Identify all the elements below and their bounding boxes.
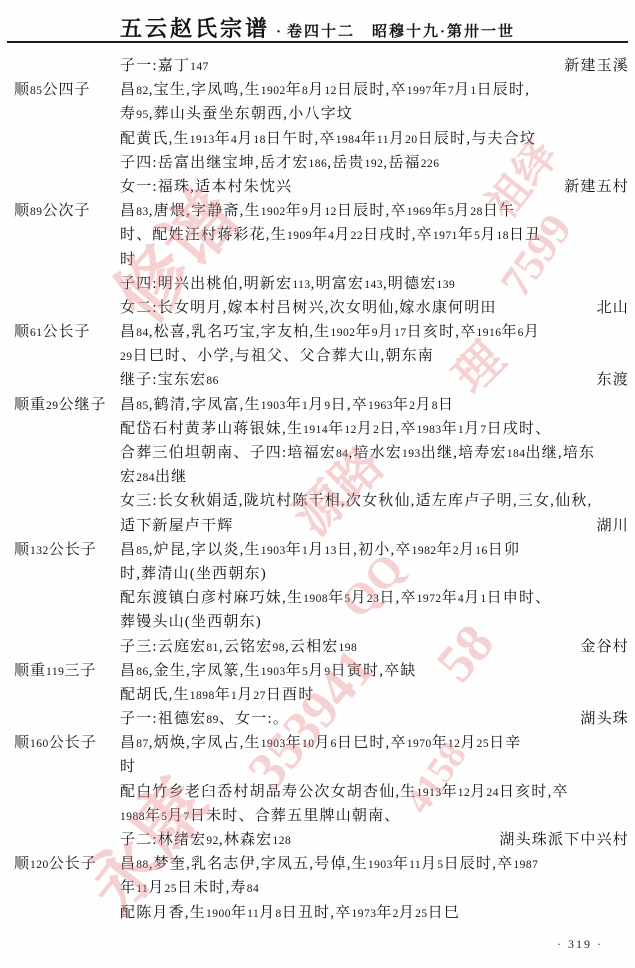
line-text: 适下新屋卢干辉 <box>120 514 233 538</box>
entry-lines: 昌84,松喜,乳名巧宝,字友柏,生1902年9月17日亥时,卒1916年6月29… <box>120 320 629 393</box>
reference-number: 1913 <box>190 134 215 146</box>
entry-line: 昌82,宝生,字凤鸣,生1902年8月12日辰时,卒1997年7月1日辰时, <box>120 78 629 102</box>
reference-number: 29 <box>46 400 59 412</box>
line-text: 合葬三伯坦朝南、子四:培福宏84,培水宏193出继,培寿宏184出继,培东 <box>120 441 595 465</box>
entry-label: 顺61公长子 <box>14 320 91 344</box>
reference-number: 1903 <box>261 666 286 678</box>
entry-line: 昌85,炉昆,字以炎,生1903年1月13日,初小,卒1982年2月16日卯 <box>120 538 629 562</box>
entry-line: 昌86,金生,字凤篆,生1903年5月9日寅时,卒缺 <box>120 659 629 683</box>
reference-number: 28 <box>470 206 483 218</box>
reference-number: 5 <box>437 859 443 871</box>
line-text: 昌85,鹤清,字凤富,生1903年1月9日,卒1963年2月8日 <box>120 393 454 417</box>
reference-number: 85 <box>30 85 43 97</box>
reference-number: 89 <box>206 714 219 726</box>
entry-line: 女三:长女秋娟适,陇坑村陈干相,次女秋仙,适左库卢子明,三女,仙秋, <box>120 489 629 513</box>
line-text: 配岱石村黄茅山蒋银妹,生1914年12月2日,卒1983年1月7日戌时、 <box>120 417 551 441</box>
line-text: 子一:祖德宏89、女一:。 <box>120 707 289 731</box>
reference-number: 5 <box>302 666 308 678</box>
entry-line: 葬镘头山(坐西朝东) <box>120 610 629 634</box>
line-text: 子四:明兴出桃伯,明新宏113,明富宏143,明德宏139 <box>120 272 455 296</box>
reference-number: 1 <box>231 690 237 702</box>
reference-number: 29 <box>120 351 133 363</box>
reference-number: 85 <box>136 400 149 412</box>
entry-line: 1988年5月7日未时、合葬五里牌山朝南、 <box>120 804 629 828</box>
entry-line: 昌87,炳焕,字凤占,生1903年10月6日巳时,卒1970年12月25日辛 <box>120 731 629 755</box>
line-text: 女二:长女明月,嫁本村吕树兴,次女明仙,嫁水康何明田 <box>120 296 497 320</box>
genealogy-entry: 顺160公长子昌87,炳焕,字凤占,生1903年10月6日巳时,卒1970年12… <box>0 731 629 852</box>
reference-number: 1900 <box>206 908 231 920</box>
reference-number: 1916 <box>476 327 501 339</box>
page-number: · 319 · <box>557 937 603 952</box>
line-text: 时 <box>120 755 136 779</box>
reference-number: 1902 <box>331 327 356 339</box>
reference-number: 61 <box>30 327 43 339</box>
line-text: 子四:岳富出继宝坤,岳才宏186,岳贵192,岳福226 <box>120 151 440 175</box>
reference-number: 12 <box>324 85 337 97</box>
reference-number: 11 <box>377 134 389 146</box>
entry-line: 时,葬清山(坐西朝东) <box>120 562 629 586</box>
reference-number: 1 <box>470 85 476 97</box>
place-name: 新建五村 <box>564 175 629 199</box>
reference-number: 23 <box>367 593 380 605</box>
reference-number: 1909 <box>287 230 312 242</box>
reference-number: 1971 <box>433 230 458 242</box>
reference-number: 13 <box>324 545 337 557</box>
line-text: 寿95,葬山头蚕坐东朝西,小八字坟 <box>120 102 353 126</box>
reference-number: 7 <box>184 811 190 823</box>
reference-number: 1973 <box>351 908 376 920</box>
entry-line: 29日巳时、小学,与祖父、父合葬大山,朝东南 <box>120 344 629 368</box>
reference-number: 12 <box>448 738 461 750</box>
reference-number: 12 <box>458 787 471 799</box>
line-text: 配胡氏,生1898年1月27日酉时 <box>120 683 315 707</box>
line-text: 子一:嘉丁147 <box>120 54 209 78</box>
entry-lines: 昌83,唐煨,字静斋,生1902年9月12日辰时,卒1969年5月28日午时、配… <box>120 199 629 320</box>
reference-number: 119 <box>46 666 64 678</box>
line-text: 昌83,唐煨,字静斋,生1902年9月12日辰时,卒1969年5月28日午 <box>120 199 515 223</box>
volume-subtitle: 卷四十二 昭穆十九·第卅一世 <box>287 20 515 41</box>
line-text: 昌88,梦奎,乳名志伊,字凤五,号倬,生1903年11月5日辰时,卒1987 <box>120 852 538 876</box>
reference-number: 18 <box>497 230 510 242</box>
entry-line: 昌85,鹤清,字凤富,生1903年1月9日,卒1963年2月8日 <box>120 393 629 417</box>
reference-number: 1997 <box>407 85 432 97</box>
reference-number: 1969 <box>407 206 432 218</box>
line-text: 配陈月香,生1900年11月8日丑时,卒1973年2月25日巳 <box>120 901 460 925</box>
entry-line: 时、配姓汪村蒋彩花,生1909年4月22日戌时,卒1971年5月18日丑 <box>120 223 629 247</box>
reference-number: 25 <box>477 738 490 750</box>
entry-label: 顺重119三子 <box>14 659 96 683</box>
reference-number: 1 <box>480 593 486 605</box>
reference-number: 1903 <box>261 400 286 412</box>
reference-number: 120 <box>30 859 49 871</box>
line-text: 子三:云庭宏81,云铭宏98,云相宏198 <box>120 635 357 659</box>
reference-number: 4 <box>328 230 334 242</box>
reference-number: 4 <box>231 134 237 146</box>
entry-line: 子四:岳富出继宝坤,岳才宏186,岳贵192,岳福226 <box>120 151 629 175</box>
line-text: 昌86,金生,字凤篆,生1903年5月9日寅时,卒缺 <box>120 659 417 683</box>
line-text: 年11月25日未时,寿84 <box>120 876 259 900</box>
reference-number: 2 <box>453 545 459 557</box>
line-text: 昌82,宝生,字凤鸣,生1902年8月12日辰时,卒1997年7月1日辰时, <box>120 78 530 102</box>
reference-number: 84 <box>136 327 149 339</box>
genealogy-entry: 顺132公长子昌85,炉昆,字以炎,生1903年1月13日,初小,卒1982年2… <box>0 538 629 659</box>
reference-number: 1903 <box>261 545 286 557</box>
reference-number: 1972 <box>417 593 442 605</box>
reference-number: 226 <box>421 158 440 170</box>
reference-number: 1 <box>302 545 308 557</box>
entry-label: 顺132公长子 <box>14 538 97 562</box>
reference-number: 1988 <box>120 811 145 823</box>
reference-number: 8 <box>432 400 438 412</box>
entry-line: 子三:云庭宏81,云铭宏98,云相宏198金谷村 <box>120 635 629 659</box>
entry-line: 配岱石村黄茅山蒋银妹,生1914年12月2日,卒1983年1月7日戌时、 <box>120 417 629 441</box>
entry-line: 子二:林绪宏92,林森宏128湖头珠派下中兴村 <box>120 828 629 852</box>
reference-number: 83 <box>136 206 149 218</box>
line-text: 子二:林绪宏92,林森宏128 <box>120 828 291 852</box>
entry-line: 配胡氏,生1898年1月27日酉时 <box>120 683 629 707</box>
reference-number: 186 <box>309 158 328 170</box>
reference-number: 139 <box>437 279 456 291</box>
line-text: 继子:宝东宏86 <box>120 368 219 392</box>
reference-number: 1 <box>302 400 308 412</box>
reference-number: 11 <box>136 883 148 895</box>
line-text: 时,葬清山(坐西朝东) <box>120 562 267 586</box>
entry-lines: 昌82,宝生,字凤鸣,生1902年8月12日辰时,卒1997年7月1日辰时,寿9… <box>120 78 629 199</box>
line-text: 昌85,炉昆,字以炎,生1903年1月13日,初小,卒1982年2月16日卯 <box>120 538 520 562</box>
reference-number: 9 <box>324 666 330 678</box>
reference-number: 10 <box>302 738 315 750</box>
reference-number: 92 <box>206 835 219 847</box>
reference-number: 20 <box>405 134 418 146</box>
reference-number: 88 <box>136 859 149 871</box>
reference-number: 86 <box>136 666 149 678</box>
reference-number: 95 <box>136 109 149 121</box>
reference-number: 2 <box>409 400 415 412</box>
reference-number: 6 <box>331 738 337 750</box>
genealogy-entry: 顺重119三子昌86,金生,字凤篆,生1903年5月9日寅时,卒缺配胡氏,生18… <box>0 659 629 732</box>
reference-number: 1898 <box>190 690 215 702</box>
reference-number: 1902 <box>261 206 286 218</box>
entry-line: 配陈月香,生1900年11月8日丑时,卒1973年2月25日巳 <box>120 901 629 925</box>
entry-lines: 昌85,炉昆,字以炎,生1903年1月13日,初小,卒1982年2月16日卯时,… <box>120 538 629 659</box>
reference-number: 82 <box>136 85 149 97</box>
reference-number: 16 <box>475 545 488 557</box>
reference-number: 89 <box>30 206 43 218</box>
line-text: 配白竹乡老臼岙村胡品寿公次女胡杏仙,生1913年12月24日亥时,卒 <box>120 780 569 804</box>
reference-number: 7 <box>448 85 454 97</box>
reference-number: 25 <box>415 908 428 920</box>
reference-number: 5 <box>474 230 480 242</box>
reference-number: 184 <box>507 448 526 460</box>
reference-number: 84 <box>336 448 349 460</box>
reference-number: 2 <box>373 424 379 436</box>
reference-number: 98 <box>272 642 285 654</box>
entry-label: 顺120公长子 <box>14 852 97 876</box>
genealogy-entry: 顺89公次子昌83,唐煨,字静斋,生1902年9月12日辰时,卒1969年5月2… <box>0 199 629 320</box>
reference-number: 81 <box>206 642 219 654</box>
genealogy-entry: 顺120公长子昌88,梦奎,乳名志伊,字凤五,号倬,生1903年11月5日辰时,… <box>0 852 629 925</box>
entry-line: 女二:长女明月,嫁本村吕树兴,次女明仙,嫁水康何明田北山 <box>120 296 629 320</box>
reference-number: 5 <box>161 811 167 823</box>
line-text: 配黄氏,生1913年4月18日午时,卒1984年11月20日辰时,与夫合坟 <box>120 127 536 151</box>
reference-number: 87 <box>136 738 149 750</box>
entry-line: 子一:嘉丁147新建玉溪 <box>120 54 629 78</box>
place-name: 北山 <box>597 296 629 320</box>
entry-line: 配黄氏,生1913年4月18日午时,卒1984年11月20日辰时,与夫合坟 <box>120 127 629 151</box>
reference-number: 11 <box>409 859 421 871</box>
line-text: 葬镘头山(坐西朝东) <box>120 610 262 634</box>
entry-lines: 子一:嘉丁147新建玉溪 <box>120 54 629 78</box>
reference-number: 2 <box>393 908 399 920</box>
reference-number: 7 <box>480 424 486 436</box>
place-name: 东渡 <box>597 368 629 392</box>
reference-number: 1984 <box>336 134 361 146</box>
place-name: 新建玉溪 <box>564 54 629 78</box>
reference-number: 4 <box>458 593 464 605</box>
entry-line: 子一:祖德宏89、女一:。湖头珠 <box>120 707 629 731</box>
place-name: 湖头珠 <box>580 707 629 731</box>
reference-number: 6 <box>518 327 524 339</box>
genealogy-entry: 顺61公长子昌84,松喜,乳名巧宝,字友柏,生1902年9月17日亥时,卒191… <box>0 320 629 393</box>
entries-list: 子一:嘉丁147新建玉溪顺85公四子昌82,宝生,字凤鸣,生1902年8月12日… <box>0 54 629 925</box>
line-text: 29日巳时、小学,与祖父、父合葬大山,朝东南 <box>120 344 434 368</box>
reference-number: 8 <box>275 908 281 920</box>
reference-number: 160 <box>30 738 49 750</box>
line-text: 女三:长女秋娟适,陇坑村陈干相,次女秋仙,适左库卢子明,三女,仙秋, <box>120 489 592 513</box>
reference-number: 1963 <box>368 400 393 412</box>
reference-number: 85 <box>136 545 149 557</box>
reference-number: 1913 <box>417 787 442 799</box>
entry-line: 配白竹乡老臼岙村胡品寿公次女胡杏仙,生1913年12月24日亥时,卒 <box>120 780 629 804</box>
reference-number: 12 <box>344 424 357 436</box>
reference-number: 27 <box>253 690 266 702</box>
line-text: 1988年5月7日未时、合葬五里牌山朝南、 <box>120 804 401 828</box>
entry-line: 子四:明兴出桃伯,明新宏113,明富宏143,明德宏139 <box>120 272 629 296</box>
line-text: 昌84,松喜,乳名巧宝,字友柏,生1902年9月17日亥时,卒1916年6月 <box>120 320 540 344</box>
entry-line: 配东渡镇白彦村麻巧妹,生1908年5月23日,卒1972年4月1日申时、 <box>120 586 629 610</box>
entry-lines: 昌86,金生,字凤篆,生1903年5月9日寅时,卒缺配胡氏,生1898年1月27… <box>120 659 629 732</box>
genealogy-entry: 顺重29公继子昌85,鹤清,字凤富,生1903年1月9日,卒1963年2月8日配… <box>0 393 629 538</box>
reference-number: 1903 <box>368 859 393 871</box>
reference-number: 147 <box>190 61 209 73</box>
entry-lines: 昌88,梦奎,乳名志伊,字凤五,号倬,生1903年11月5日辰时,卒1987年1… <box>120 852 629 925</box>
reference-number: 192 <box>365 158 384 170</box>
entry-line: 适下新屋卢干辉湖川 <box>120 514 629 538</box>
reference-number: 9 <box>372 327 378 339</box>
entry-line: 年11月25日未时,寿84 <box>120 876 629 900</box>
entry-line: 继子:宝东宏86东渡 <box>120 368 629 392</box>
entry-lines: 昌87,炳焕,字凤占,生1903年10月6日巳时,卒1970年12月25日辛时配… <box>120 731 629 852</box>
entry-line: 宏284出继 <box>120 465 629 489</box>
genealogy-entry: 顺85公四子昌82,宝生,字凤鸣,生1902年8月12日辰时,卒1997年7月1… <box>0 78 629 199</box>
reference-number: 1903 <box>261 738 286 750</box>
reference-number: 25 <box>164 883 177 895</box>
entry-label: 顺85公四子 <box>14 78 91 102</box>
reference-number: 5 <box>448 206 454 218</box>
entry-line: 昌88,梦奎,乳名志伊,字凤五,号倬,生1903年11月5日辰时,卒1987 <box>120 852 629 876</box>
line-text: 时、配姓汪村蒋彩花,生1909年4月22日戌时,卒1971年5月18日丑 <box>120 223 541 247</box>
genealogy-page: 修谱祖绎7599理源路QQ35394158永康4158 五云赵氏宗谱 · 卷四十… <box>0 0 635 968</box>
reference-number: 24 <box>486 787 499 799</box>
reference-number: 143 <box>364 279 383 291</box>
place-name: 湖头珠派下中兴村 <box>499 828 629 852</box>
entry-label: 顺重29公继子 <box>14 393 107 417</box>
reference-number: 1987 <box>513 859 538 871</box>
reference-number: 11 <box>247 908 259 920</box>
reference-number: 128 <box>272 835 291 847</box>
reference-number: 17 <box>394 327 407 339</box>
reference-number: 1 <box>458 424 464 436</box>
entry-line: 寿95,葬山头蚕坐东朝西,小八字坟 <box>120 102 629 126</box>
reference-number: 18 <box>253 134 266 146</box>
reference-number: 132 <box>30 545 49 557</box>
entry-line: 时 <box>120 755 629 779</box>
title-separator: · <box>276 24 281 41</box>
entry-lines: 昌85,鹤清,字凤富,生1903年1月9日,卒1963年2月8日配岱石村黄茅山蒋… <box>120 393 629 538</box>
entry-line: 昌83,唐煨,字静斋,生1902年9月12日辰时,卒1969年5月28日午 <box>120 199 629 223</box>
line-text: 女一:福珠,适本村朱忱兴 <box>120 175 292 199</box>
reference-number: 9 <box>302 206 308 218</box>
reference-number: 22 <box>351 230 364 242</box>
place-name: 金谷村 <box>580 635 629 659</box>
reference-number: 5 <box>344 593 350 605</box>
reference-number: 1982 <box>412 545 437 557</box>
entry-line: 时 <box>120 248 629 272</box>
reference-number: 1908 <box>303 593 328 605</box>
entry-line: 女一:福珠,适本村朱忱兴新建五村 <box>120 175 629 199</box>
reference-number: 1983 <box>417 424 442 436</box>
book-title: 五云赵氏宗谱 <box>120 12 270 43</box>
genealogy-entry: 子一:嘉丁147新建玉溪 <box>0 54 629 78</box>
line-text: 昌87,炳焕,字凤占,生1903年10月6日巳时,卒1970年12月25日辛 <box>120 731 522 755</box>
line-text: 配东渡镇白彦村麻巧妹,生1908年5月23日,卒1972年4月1日申时、 <box>120 586 551 610</box>
reference-number: 1914 <box>303 424 328 436</box>
reference-number: 1970 <box>407 738 432 750</box>
reference-number: 84 <box>247 883 260 895</box>
entry-line: 昌84,松喜,乳名巧宝,字友柏,生1902年9月17日亥时,卒1916年6月 <box>120 320 629 344</box>
reference-number: 198 <box>339 642 358 654</box>
entry-line: 合葬三伯坦朝南、子四:培福宏84,培水宏193出继,培寿宏184出继,培东 <box>120 441 629 465</box>
reference-number: 284 <box>136 472 155 484</box>
reference-number: 9 <box>324 400 330 412</box>
reference-number: 193 <box>402 448 421 460</box>
reference-number: 86 <box>206 375 219 387</box>
entry-label: 顺89公次子 <box>14 199 91 223</box>
line-text: 时 <box>120 248 136 272</box>
entry-label: 顺160公长子 <box>14 731 97 755</box>
reference-number: 1902 <box>261 85 286 97</box>
reference-number: 113 <box>292 279 310 291</box>
line-text: 宏284出继 <box>120 465 187 489</box>
reference-number: 8 <box>302 85 308 97</box>
page-header: 五云赵氏宗谱 · 卷四十二 昭穆十九·第卅一世 <box>0 12 635 43</box>
reference-number: 12 <box>324 206 337 218</box>
place-name: 湖川 <box>597 514 629 538</box>
